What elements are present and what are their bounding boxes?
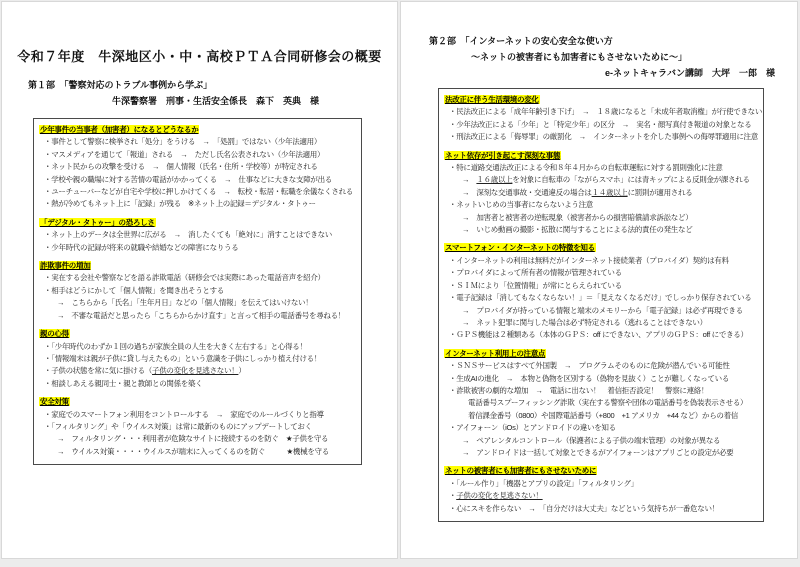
section-heading: インターネット利用上の注意点: [441, 348, 761, 360]
section: 少年事件の当事者（加害者）になるとどうなるか・事件として警察に検挙され「処分」を…: [36, 124, 359, 211]
section-heading: ネットの被害者にも加害者にもさせないために: [441, 465, 761, 477]
section-heading: ネット依存が引き起こす深刻な事態: [441, 150, 761, 162]
content-line: ・子供の状態を常に気に掛ける（子供の変化を見逃さない！）: [36, 365, 359, 377]
content-line: 着信課金番号（0800）や国際電話番号（+800 +1 アメリカ +44 など）…: [441, 410, 761, 422]
section: インターネット利用上の注意点・ＳＮＳサービスはすべて外国製 → プログラムそのも…: [441, 348, 761, 460]
part1-speaker: 牛深警察署 刑事・生活安全係長 森下 英典 様: [112, 94, 397, 107]
section: 詐欺事件の増加・実在する会社や警察などを語る詐欺電話（研修会では実際にあった電話…: [36, 260, 359, 322]
content-line: ・ユーチューバーなどが自宅や学校に押しかけてくる → 転校・転居・転職を余儀なく…: [36, 186, 359, 198]
content-line: ・特に道路交通法改正による令和８年４月からの自転車運転に対する罰則強化に注意: [441, 162, 761, 174]
content-line: ・相談しあえる親同士・親と教師との関係を築く: [36, 378, 359, 390]
content-line: ・事件として警察に検挙され「処分」をうける → 「処罰」ではない（少年法適用）: [36, 136, 359, 148]
content-line: ・マスメディアを通じて「報道」される → ただし氏名公表されない（少年法適用）: [36, 149, 359, 161]
content-line: ・心にスキを作らない → 「自分だけは大丈夫」などという気持ちが一番危ない！: [441, 503, 761, 515]
content-line: ・ＧＰＳ機能は２種類ある（本体のＧＰＳ：off にできない、アプリのＧＰＳ：of…: [441, 329, 761, 341]
content-line: ・刑法改正による「侮辱罪」の厳罰化 → インターネットを介した事例への侮辱罪適用…: [441, 131, 761, 143]
content-line: ・熱が冷めてもネット上に「記録」が残る ※ネット上の記録＝デジタル・タトゥー: [36, 198, 359, 210]
content-line: → アンドロイドは一括して対象とできるがアイフォーンはアプリごとの設定が必要: [441, 447, 761, 459]
content-line: → いじめ動画の撮影・拡散に関与することによる法的責任の発生など: [441, 224, 761, 236]
content-line: ・民法改正による「成年年齢引き下げ」 → １８歳になると「未成年者取消権」が行使…: [441, 106, 761, 118]
content-line: → プロバイダが持っている情報と端末のメモリーから「電子記録」は必ず再現できる: [441, 305, 761, 317]
content-line: ・実在する会社や警察などを語る詐欺電話（研修会では実際にあった電話音声を紹介）: [36, 272, 359, 284]
content-line: → 深刻な交通事故・交通違反の場合は１４歳以上に罰則が適用される: [441, 187, 761, 199]
content-line: → フィルタリング・・・利用者が危険なサイトに接続するのを防ぐ ★子供を守る: [36, 433, 359, 445]
section: スマートフォン・インターネットの特徴を知る・インターネットの利用は無料だがインタ…: [441, 242, 761, 341]
part2-content-box: 法改正に伴う生活環境の変化・民法改正による「成年年齢引き下げ」 → １８歳になる…: [438, 88, 764, 522]
content-line: ・生成AIの進化 → 本物と偽物を区別する（偽物を見抜く）ことが難しくなっている: [441, 373, 761, 385]
section-heading: 詐欺事件の増加: [36, 260, 359, 272]
section: ネット依存が引き起こす深刻な事態・特に道路交通法改正による令和８年４月からの自転…: [441, 150, 761, 237]
content-line: ・「ルール作り」「機器とアプリの設定」「フィルタリング」: [441, 478, 761, 490]
content-line: ・ＳＮＳサービスはすべて外国製 → プログラムそのものに危険が潜んでいる可能性: [441, 360, 761, 372]
section: 親の心得・「少年時代のわずか１回の過ちが家族全員の人生を大きく左右する」と心得る…: [36, 328, 359, 390]
document-viewer: { "colors": { "highlight": "#ffff00", "b…: [0, 0, 800, 567]
section-heading: 親の心得: [36, 328, 359, 340]
content-line: ・相手はどうにかして「個人情報」を聞き出そうとする: [36, 285, 359, 297]
content-line: ・電子記録は「消してもなくならない！」＝「見えなくなるだけ」でしっかり保存されて…: [441, 292, 761, 304]
content-line: ・プロバイダによって所有者の情報が管理されている: [441, 267, 761, 279]
content-line: → ネット犯罪に関与した場合は必ず特定される（逃れることはできない）: [441, 317, 761, 329]
section: 安全対策・家庭でのスマートフォン利用をコントロールする → 家庭でのルールづくり…: [36, 396, 359, 458]
section-heading: スマートフォン・インターネットの特徴を知る: [441, 242, 761, 254]
content-line: → ペアレンタルコントロール（保護者による子供の端末管理）の対象が異なる: [441, 435, 761, 447]
content-line: ・「少年時代のわずか１回の過ちが家族全員の人生を大きく左右する」と心得る！: [36, 341, 359, 353]
content-line: ・「フィルタリング」や「ウイルス対策」は常に最新のものにアップデートしておく: [36, 421, 359, 433]
part1-heading: 第１部 「警察対応のトラブル事例から学ぶ」: [28, 78, 397, 91]
part2-heading-line1: 第２部 「インターネットの安心安全な使い方: [429, 34, 797, 47]
document-title: 令和７年度 牛深地区小・中・高校ＰＴＡ合同研修会の概要: [2, 46, 397, 65]
content-line: ・ＳＩＭにより「位置情報」が常にとらえられている: [441, 280, 761, 292]
section-heading: 安全対策: [36, 396, 359, 408]
content-line: ・少年時代の記録が将来の就職や結婚などの障害になりうる: [36, 242, 359, 254]
content-line: ・アイフォーン（iOs）とアンドロイドの違いを知る: [441, 422, 761, 434]
content-line: → １６歳以上を対象に自転車の「ながらスマホ」には青キップによる反則金が課される: [441, 174, 761, 186]
content-line: ・ネットいじめの当事者にならないよう注意: [441, 199, 761, 211]
section-heading: 少年事件の当事者（加害者）になるとどうなるか: [36, 124, 359, 136]
content-line: → こちらから「氏名」「生年月日」などの「個人情報」を伝えてはいけない！: [36, 297, 359, 309]
section: 「デジタル・タトゥー」の恐ろしさ・ネット上のデータは全世界に広がる → 消したく…: [36, 217, 359, 254]
document-page-left: 令和７年度 牛深地区小・中・高校ＰＴＡ合同研修会の概要 第１部 「警察対応のトラ…: [1, 1, 398, 559]
content-line: ・ネット民からの攻撃を受ける → 個人情報（氏名・住所・学校等）が特定される: [36, 161, 359, 173]
content-line: → 不審な電話だと思ったら「こちらからかけ直す」と言って相手の電話番号を尋ねる！: [36, 310, 359, 322]
content-line: ・「情報端末は親が子供に貸し与えたもの」という意識を子供にしっかり植え付ける！: [36, 353, 359, 365]
content-line: ・ネット上のデータは全世界に広がる → 消したくても「絶対に」消すことはできない: [36, 229, 359, 241]
content-line: ・子供の変化を見逃さない！: [441, 490, 761, 502]
content-line: ・インターネットの利用は無料だがインターネット接続業者（プロバイダ）契約は有料: [441, 255, 761, 267]
section-heading: 法改正に伴う生活環境の変化: [441, 94, 761, 106]
part2-speaker: e-ネットキャラバン講師 大坪 一郎 様: [401, 66, 775, 79]
content-line: ・家庭でのスマートフォン利用をコントロールする → 家庭でのルールづくりと指導: [36, 409, 359, 421]
content-line: → ウイルス対策・・・・ウイルスが端末に入ってくるのを防ぐ ★機械を守る: [36, 446, 359, 458]
part2-heading-line2: ～ネットの被害者にも加害者にもさせないために～」: [471, 50, 797, 63]
content-line: ・詐欺被害の劇的な増加 → 電話に出ない！ 着信拒否設定！ 警察に連絡！: [441, 385, 761, 397]
content-line: ・少年法改正による「少年」と「特定少年」の区分 → 実名・顔写真付き報道の対象と…: [441, 119, 761, 131]
document-page-right: 第２部 「インターネットの安心安全な使い方 ～ネットの被害者にも加害者にもさせな…: [400, 1, 798, 559]
part1-content-box: 少年事件の当事者（加害者）になるとどうなるか・事件として警察に検挙され「処分」を…: [33, 118, 362, 465]
section: ネットの被害者にも加害者にもさせないために・「ルール作り」「機器とアプリの設定」…: [441, 465, 761, 515]
section: 法改正に伴う生活環境の変化・民法改正による「成年年齢引き下げ」 → １８歳になる…: [441, 94, 761, 144]
content-line: ・学校や親の職場に対する苦情の電話がかかってくる → 仕事などに大きな支障が出る: [36, 174, 359, 186]
content-line: 電話番号スプーフィッシング詐欺（実在する警察や団体の電話番号を偽装表示させる）: [441, 397, 761, 409]
content-line: → 加害者と被害者の逆転現象（被害者からの損害賠償請求訴訟など）: [441, 212, 761, 224]
section-heading: 「デジタル・タトゥー」の恐ろしさ: [36, 217, 359, 229]
